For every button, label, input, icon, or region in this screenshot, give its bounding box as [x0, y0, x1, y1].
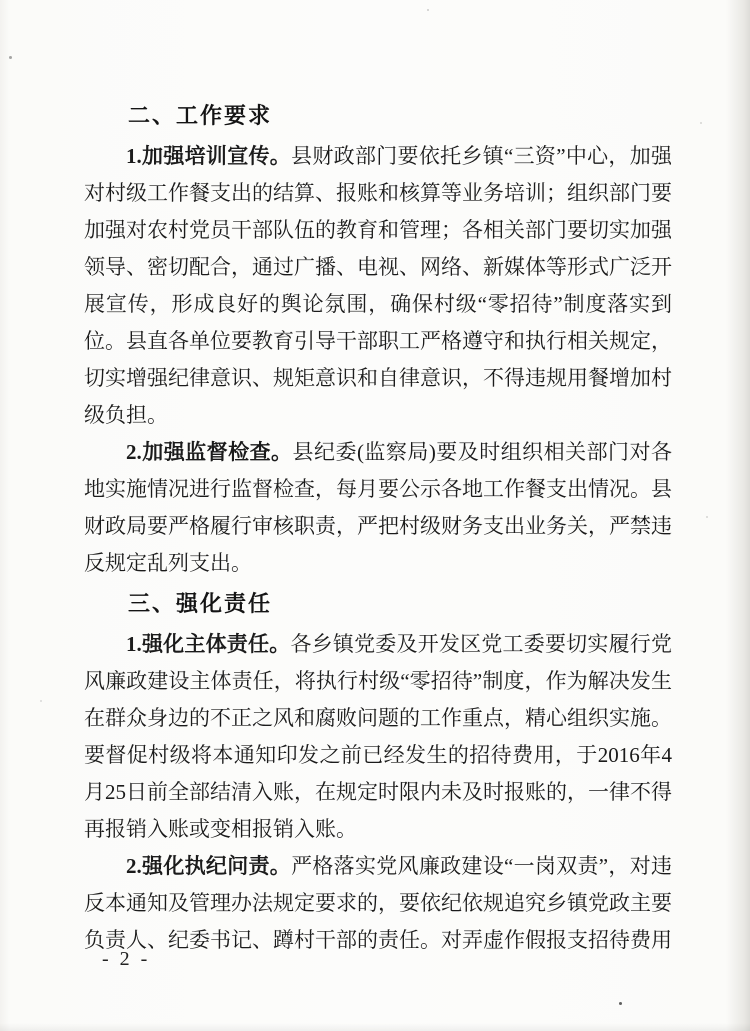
paragraph-lead: 1.强化主体责任。	[126, 632, 290, 656]
paragraph-training-publicity: 1.加强培训宣传。县财政部门要依托乡镇“三资”中心，加强对村级工作餐支出的结算、…	[84, 138, 672, 434]
paragraph-discipline-accountability: 2.强化执纪问责。严格落实党风廉政建设“一岗双责”，对违反本通知及管理办法规定要…	[84, 848, 672, 959]
scan-speck	[9, 56, 12, 59]
document-body: 二、工作要求 1.加强培训宣传。县财政部门要依托乡镇“三资”中心，加强对村级工作…	[84, 94, 672, 959]
scan-speck	[700, 122, 702, 124]
section-heading-strengthen-responsibility: 三、强化责任	[84, 585, 672, 622]
scan-speck	[427, 9, 429, 11]
scan-speck	[40, 700, 42, 702]
scanned-document-page: 二、工作要求 1.加强培训宣传。县财政部门要依托乡镇“三资”中心，加强对村级工作…	[0, 0, 750, 1031]
paragraph-lead: 1.加强培训宣传。	[126, 144, 291, 168]
page-number: - 2 -	[102, 948, 150, 971]
paragraph-supervision-inspection: 2.加强监督检查。县纪委(监察局)要及时组织相关部门对各地实施情况进行监督检查，…	[84, 434, 672, 582]
paragraph-lead: 2.强化执纪问责。	[126, 854, 291, 878]
paragraph-main-responsibility: 1.强化主体责任。各乡镇党委及开发区党工委要切实履行党风廉政建设主体责任，将执行…	[84, 626, 672, 848]
paragraph-text: 各乡镇党委及开发区党工委要切实履行党风廉政建设主体责任，将执行村级“零招待”制度…	[84, 632, 672, 841]
section-heading-work-requirements: 二、工作要求	[84, 97, 672, 134]
paragraph-lead: 2.加强监督检查。	[126, 440, 293, 464]
scan-speck	[706, 516, 708, 518]
scan-speck	[619, 1002, 622, 1005]
paragraph-text: 县财政部门要依托乡镇“三资”中心，加强对村级工作餐支出的结算、报账和核算等业务培…	[84, 144, 672, 427]
